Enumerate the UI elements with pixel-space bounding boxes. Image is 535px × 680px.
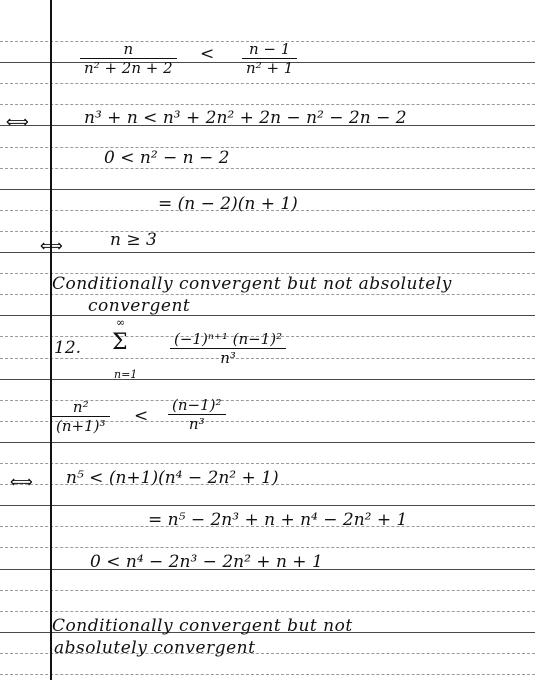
ruled-line [0, 147, 535, 148]
ruled-line [0, 463, 535, 464]
quartic-inequality: 0 < n⁴ − 2n³ − 2n² + n + 1 [90, 554, 323, 571]
iff-arrow-icon: ⟺ [6, 112, 29, 131]
problem-number: 12. [54, 340, 81, 357]
expanded-inequality-2: n⁵ < (n+1)(n⁴ − 2n² + 1) [66, 470, 279, 487]
conclusion-2-line-1: Conditionally convergent but not [52, 618, 353, 635]
ruled-line [0, 590, 535, 591]
rhs-fraction-1: n − 1 n² + 1 [242, 40, 297, 77]
ruled-line [0, 315, 535, 316]
lhs-fraction-2: n² (n+1)³ [52, 398, 110, 435]
sum-upper-limit: ∞ [116, 316, 125, 329]
conclusion-2-line-2: absolutely convergent [54, 640, 255, 657]
less-than-2: < [134, 408, 148, 425]
ruled-line [0, 83, 535, 84]
ruled-line [0, 168, 535, 169]
ruled-line [0, 231, 535, 232]
iff-arrow-icon: ⟺ [10, 472, 33, 491]
rhs-fraction-2: (n−1)² n³ [168, 396, 226, 433]
ruled-line [0, 104, 535, 105]
conclusion-1-line-1: Conditionally convergent but not absolut… [52, 276, 452, 293]
n-bound: n ≥ 3 [110, 232, 157, 249]
ruled-line [0, 674, 535, 675]
lhs-fraction-1: n n² + 2n + 2 [80, 40, 177, 77]
series-term: (−1)ⁿ⁺¹ (n−1)² n³ [170, 330, 286, 367]
ruled-line [0, 505, 535, 506]
factored-form: = (n − 2)(n + 1) [158, 196, 298, 213]
ruled-line [0, 379, 535, 380]
iff-arrow-icon: ⟺ [40, 236, 63, 255]
ruled-line [0, 189, 535, 190]
margin-line [50, 0, 52, 680]
notebook-page: n n² + 2n + 2 < n − 1 n² + 1 ⟺ n³ + n < … [0, 0, 535, 680]
sigma-icon: Σ [112, 330, 128, 355]
less-than-1: < [200, 46, 214, 63]
ruled-line [0, 442, 535, 443]
ruled-line [0, 547, 535, 548]
ruled-line [0, 294, 535, 295]
quadratic-inequality: 0 < n² − n − 2 [104, 150, 230, 167]
ruled-line [0, 611, 535, 612]
expanded-product: = n⁵ − 2n³ + n + n⁴ − 2n² + 1 [148, 512, 407, 529]
conclusion-1-line-2: convergent [88, 298, 190, 315]
ruled-line [0, 252, 535, 253]
expanded-inequality-1: n³ + n < n³ + 2n² + 2n − n² − 2n − 2 [84, 110, 407, 127]
sum-lower-limit: n=1 [114, 368, 137, 381]
